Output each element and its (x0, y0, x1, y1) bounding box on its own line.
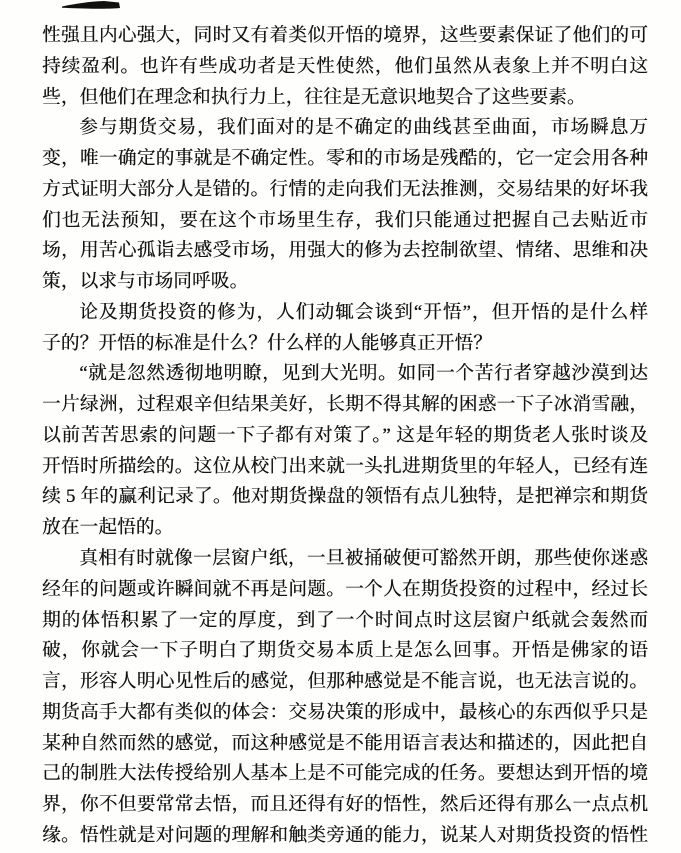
text-line: 界，你不但要常常去悟，而且还得有好的悟性，然后还得有那么一点点机 (42, 790, 648, 821)
text-line: 以前苦苦思索的问题一下子都有对策了。” 这是年轻的期货老人张时谈及 (42, 421, 648, 452)
text-line: 一片绿洲，过程艰辛但结果美好，长期不得其解的困惑一下子冰消雪融， (42, 390, 648, 421)
text-line: 场，用苦心孤诣去感受市场，用强大的修为去控制欲望、情绪、思维和决 (42, 236, 648, 267)
text-line: 期的体悟积累了一定的厚度，到了一个时间点时这层窗户纸就会轰然而 (42, 606, 648, 637)
body-text: 性强且内心强大，同时又有着类似开悟的境界，这些要素保证了他们的可 持续盈利。也许… (42, 21, 648, 852)
text-line: 己的制胜大法传授给别人基本上是不可能完成的任务。要想达到开悟的境 (42, 759, 648, 790)
text-line: 放在一起悟的。 (42, 513, 648, 544)
text-line: 缘。悟性就是对问题的理解和触类旁通的能力，说某人对期货投资的悟性 (42, 821, 648, 852)
text-line: 策，以求与市场同呼吸。 (42, 267, 648, 298)
text-line: 参与期货交易，我们面对的是不确定的曲线甚至曲面，市场瞬息万 (42, 113, 648, 144)
text-line: 些，但他们在理念和执行力上，往往是无意识地契合了这些要素。 (42, 83, 648, 114)
text-line: 某种自然而然的感觉，而这种感觉是不能用语言表达和描述的，因此把自 (42, 729, 648, 760)
text-line: 方式证明大部分人是错的。行情的走向我们无法推测，交易结果的好坏我 (42, 175, 648, 206)
cut-off-glyph-stroke-icon (62, 0, 120, 10)
text-line: 性强且内心强大，同时又有着类似开悟的境界，这些要素保证了他们的可 (42, 21, 648, 52)
text-line: 变，唯一确定的事就是不确定性。零和的市场是残酷的，它一定会用各种 (42, 144, 648, 175)
text-line: 们也无法预知，要在这个市场里生存，我们只能通过把握自己去贴近市 (42, 206, 648, 237)
text-line: 真相有时就像一层窗户纸，一旦被捅破便可豁然开朗，那些使你迷惑 (42, 544, 648, 575)
text-line: 续 5 年的赢利记录了。他对期货操盘的领悟有点儿独特，是把禅宗和期货 (42, 482, 648, 513)
text-line: “就是忽然透彻地明瞭，见到大光明。如同一个苦行者穿越沙漠到达 (42, 359, 648, 390)
text-line: 子的？开悟的标准是什么？什么样的人能够真正开悟？ (42, 329, 648, 360)
text-line: 持续盈利。也许有些成功者是天性使然，他们虽然从表象上并不明白这 (42, 52, 648, 83)
text-line: 破，你就会一下子明白了期货交易本质上是怎么回事。开悟是佛家的语 (42, 636, 648, 667)
text-line: 经年的问题或许瞬间就不再是问题。一个人在期货投资的过程中，经过长 (42, 575, 648, 606)
text-line: 论及期货投资的修为，人们动辄会谈到“开悟”，但开悟的是什么样 (42, 298, 648, 329)
scanned-book-page: 性强且内心强大，同时又有着类似开悟的境界，这些要素保证了他们的可 持续盈利。也许… (0, 0, 681, 853)
text-line: 开悟时所描绘的。这位从校门出来就一头扎进期货里的年轻人，已经有连 (42, 452, 648, 483)
text-line: 言，形容人明心见性后的感觉，但那种感觉是不能言说，也无法言说的。 (42, 667, 648, 698)
text-line: 期货高手大都有类似的体会：交易决策的形成中，最核心的东西似乎只是 (42, 698, 648, 729)
